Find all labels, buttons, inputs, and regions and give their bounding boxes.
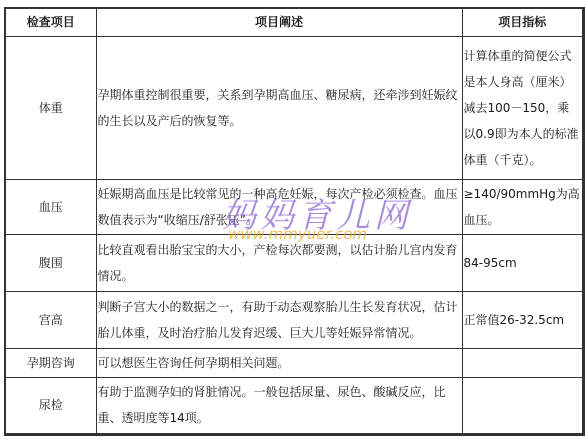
item-cell: 尿检 <box>6 377 96 433</box>
description-cell: 有助于监测孕妇的肾脏情况。一般包括尿量、尿色、酸碱反应，比重、透明度等14项。 <box>96 377 462 433</box>
table-row: 体重 孕期体重控制很重要，关系到孕期高血压、糖尿病，还牵涉到妊娠纹的生长以及产后… <box>6 36 582 179</box>
header-item: 检查项目 <box>6 9 96 36</box>
item-cell: 孕期咨询 <box>6 348 96 377</box>
description-cell: 判断子宫大小的数据之一，有助于动态观察胎儿生长发育状况，估计胎儿体重，及时治疗胎… <box>96 291 462 348</box>
description-cell: 妊娠期高血压是比较常见的一种高危妊娠，每次产检必须检查。血压数值表示为“收缩压/… <box>96 179 462 234</box>
indicator-cell: 正常值26-32.5cm <box>462 291 582 348</box>
indicator-cell <box>462 348 582 377</box>
description-cell: 比较直观看出胎宝宝的大小，产检每次都要测，以估计胎儿宫内发育情况。 <box>96 234 462 291</box>
prenatal-checkup-table: 检查项目 项目阐述 项目指标 体重 孕期体重控制很重要，关系到孕期高血压、糖尿病… <box>6 9 582 433</box>
table-row: 血压 妊娠期高血压是比较常见的一种高危妊娠，每次产检必须检查。血压数值表示为“收… <box>6 179 582 234</box>
table-row: 尿检 有助于监测孕妇的肾脏情况。一般包括尿量、尿色、酸碱反应，比重、透明度等14… <box>6 377 582 433</box>
indicator-cell: 84-95cm <box>462 234 582 291</box>
indicator-cell: 计算体重的简便公式是本人身高（厘米）减去100－150，乘以0.9即为本人的标准… <box>462 36 582 179</box>
header-description: 项目阐述 <box>96 9 462 36</box>
table-row: 宫高 判断子宫大小的数据之一，有助于动态观察胎儿生长发育状况，估计胎儿体重，及时… <box>6 291 582 348</box>
header-row: 检查项目 项目阐述 项目指标 <box>6 9 582 36</box>
item-cell: 宫高 <box>6 291 96 348</box>
indicator-cell: ≥140/90mmHg为高血压。 <box>462 179 582 234</box>
description-cell: 孕期体重控制很重要，关系到孕期高血压、糖尿病，还牵涉到妊娠纹的生长以及产后的恢复… <box>96 36 462 179</box>
table-row: 腹围 比较直观看出胎宝宝的大小，产检每次都要测，以估计胎儿宫内发育情况。 84-… <box>6 234 582 291</box>
header-indicator: 项目指标 <box>462 9 582 36</box>
item-cell: 体重 <box>6 36 96 179</box>
item-cell: 血压 <box>6 179 96 234</box>
item-cell: 腹围 <box>6 234 96 291</box>
table-row: 孕期咨询 可以想医生咨询任何孕期相关问题。 <box>6 348 582 377</box>
table-frame: 检查项目 项目阐述 项目指标 体重 孕期体重控制很重要，关系到孕期高血压、糖尿病… <box>4 7 585 436</box>
description-cell: 可以想医生咨询任何孕期相关问题。 <box>96 348 462 377</box>
indicator-cell <box>462 377 582 433</box>
